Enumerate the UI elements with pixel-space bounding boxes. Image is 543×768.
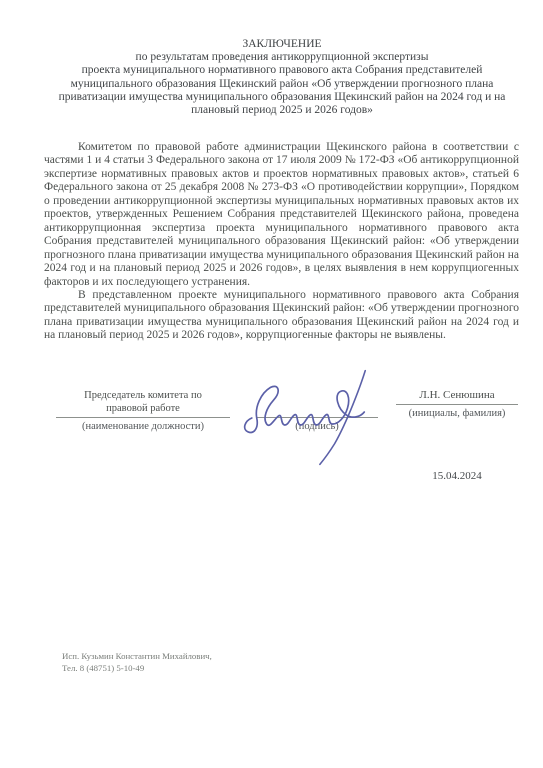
document-date: 15.04.2024 — [396, 470, 518, 482]
executor-info: Исп. Кузьмин Константин Михайлович, Тел.… — [62, 650, 362, 674]
signatory-name-block: Л.Н. Сенюшина (инициалы, фамилия) — [396, 389, 518, 420]
executor-phone: Тел. 8 (48751) 5-10-49 — [62, 662, 362, 674]
signatory-position-block: Председатель комитета по правовой работе… — [56, 389, 230, 433]
signature-caption: (подпись) — [256, 418, 378, 433]
document-title: ЗАКЛЮЧЕНИЕ по результатам проведения ант… — [44, 38, 520, 117]
signatory-name: Л.Н. Сенюшина — [396, 389, 518, 405]
position-caption: (наименование должности) — [56, 418, 230, 433]
document-body: Комитетом по правовой работе администрац… — [44, 141, 519, 343]
executor-name: Исп. Кузьмин Константин Михайлович, — [62, 650, 362, 662]
document-page: ЗАКЛЮЧЕНИЕ по результатам проведения ант… — [0, 0, 543, 768]
paragraph-conclusion: В представленном проекте муниципального … — [44, 289, 519, 343]
signature-rule-line — [256, 389, 378, 418]
name-caption: (инициалы, фамилия) — [396, 405, 518, 420]
paragraph-expertise-basis: Комитетом по правовой работе администрац… — [44, 141, 519, 289]
signatory-position-title: Председатель комитета по правовой работе — [56, 389, 230, 418]
signature-field-block: (подпись) — [256, 389, 378, 433]
